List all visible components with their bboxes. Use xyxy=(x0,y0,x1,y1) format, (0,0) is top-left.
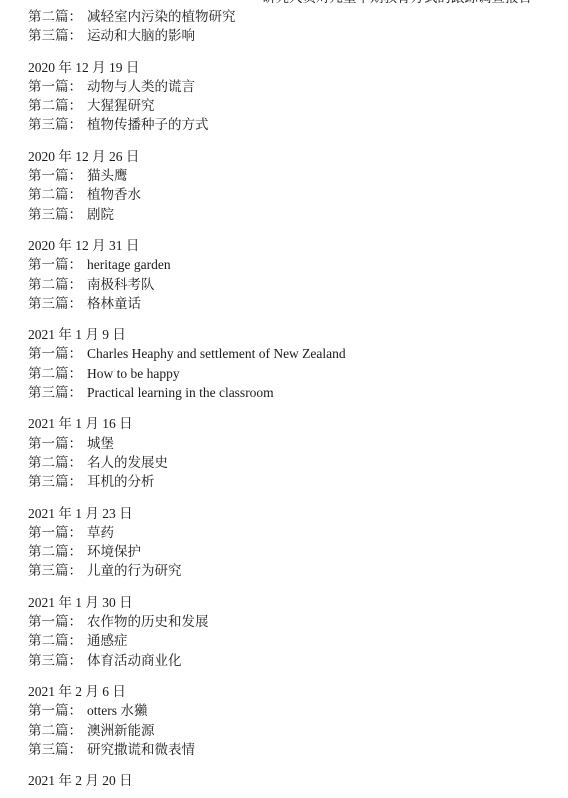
passage-label: 第三篇： xyxy=(28,117,82,132)
passage-title: 剧院 xyxy=(87,207,114,222)
passage-title: 动物与人类的谎言 xyxy=(87,79,195,94)
passage-label: 第三篇： xyxy=(28,742,82,757)
passage-title: 植物香水 xyxy=(87,187,141,202)
passage-label: 第二篇： xyxy=(28,633,82,648)
passage-line: 第二篇：澳洲新能源 xyxy=(28,721,568,740)
passage-title: 农作物的历史和发展 xyxy=(87,614,209,629)
page-canvas: 研究人员对儿童早期教育方式的跟踪调查报告 第二篇：减轻室内污染的植物研究 第三篇… xyxy=(0,0,568,798)
passage-title: 体育活动商业化 xyxy=(87,653,182,668)
passage-label: 第三篇： xyxy=(28,296,82,311)
date-group: 2020 年 12 月 31 日 第一篇：heritage garden 第二篇… xyxy=(28,236,568,313)
date-group: 2021 年 1 月 9 日 第一篇：Charles Heaphy and se… xyxy=(28,325,568,402)
passage-title: 格林童话 xyxy=(87,296,141,311)
passage-line: 第一篇：农作物的历史和发展 xyxy=(28,612,568,631)
passage-line: 第一篇：heritage garden xyxy=(28,255,568,274)
passage-title: 通感症 xyxy=(87,633,128,648)
passage-label: 第一篇： xyxy=(28,257,82,272)
passage-line: 第二篇：植物香水 xyxy=(28,185,568,204)
passage-line: 第二篇：南极科考队 xyxy=(28,275,568,294)
passage-title: Practical learning in the classroom xyxy=(87,385,274,400)
passage-line: 第三篇：Practical learning in the classroom xyxy=(28,383,568,402)
passage-title: 运动和大脑的影响 xyxy=(87,28,195,43)
date-group: 2020 年 12 月 19 日 第一篇：动物与人类的谎言 第二篇：大猩猩研究 … xyxy=(28,58,568,135)
passage-label: 第三篇： xyxy=(28,385,82,400)
passage-line: 第三篇：植物传播种子的方式 xyxy=(28,115,568,134)
passage-line: 第三篇：运动和大脑的影响 xyxy=(28,26,568,45)
passage-label: 第三篇： xyxy=(28,207,82,222)
passage-label: 第三篇： xyxy=(28,563,82,578)
passage-title: 耳机的分析 xyxy=(87,474,155,489)
date-group: 2021 年 1 月 30 日 第一篇：农作物的历史和发展 第二篇：通感症 第三… xyxy=(28,593,568,670)
passage-title: otters 水獺 xyxy=(87,703,147,718)
date-heading: 2020 年 12 月 26 日 xyxy=(28,147,568,166)
passage-line: 第二篇：大猩猩研究 xyxy=(28,96,568,115)
passage-line: 第一篇：草药 xyxy=(28,523,568,542)
passage-label: 第一篇： xyxy=(28,79,82,94)
passage-line: 第三篇：耳机的分析 xyxy=(28,472,568,491)
passage-line: 第二篇：通感症 xyxy=(28,631,568,650)
passage-label: 第二篇： xyxy=(28,544,82,559)
passage-label: 第二篇： xyxy=(28,455,82,470)
passage-title: 名人的发展史 xyxy=(87,455,168,470)
passage-line: 第一篇：动物与人类的谎言 xyxy=(28,77,568,96)
passage-label: 第三篇： xyxy=(28,28,82,43)
passage-label: 第二篇： xyxy=(28,187,82,202)
passage-title: 研究撒谎和微表情 xyxy=(87,742,195,757)
date-group: 2021 年 1 月 23 日 第一篇：草药 第二篇：环境保护 第三篇：儿童的行… xyxy=(28,504,568,581)
passage-title: 草药 xyxy=(87,525,114,540)
passage-label: 第一篇： xyxy=(28,703,82,718)
passage-label: 第二篇： xyxy=(28,366,82,381)
date-heading: 2021 年 1 月 16 日 xyxy=(28,414,568,433)
passage-line: 第三篇：体育活动商业化 xyxy=(28,651,568,670)
passage-title: 植物传播种子的方式 xyxy=(87,117,209,132)
date-group: 2021 年 2 月 20 日 xyxy=(28,771,568,790)
passage-title: 儿童的行为研究 xyxy=(87,563,182,578)
passage-label: 第一篇： xyxy=(28,346,82,361)
passage-title: 减轻室内污染的植物研究 xyxy=(87,9,236,24)
passage-line: 第一篇：otters 水獺 xyxy=(28,701,568,720)
passage-line: 第一篇：城堡 xyxy=(28,434,568,453)
passage-line: 第一篇：Charles Heaphy and settlement of New… xyxy=(28,344,568,363)
date-heading: 2020 年 12 月 19 日 xyxy=(28,58,568,77)
passage-title: 城堡 xyxy=(87,436,114,451)
passage-title: 大猩猩研究 xyxy=(87,98,155,113)
passage-title: 澳洲新能源 xyxy=(87,723,155,738)
passage-label: 第二篇： xyxy=(28,723,82,738)
passage-label: 第二篇： xyxy=(28,9,82,24)
date-group: 2020 年 12 月 26 日 第一篇：猫头鹰 第二篇：植物香水 第三篇：剧院 xyxy=(28,147,568,224)
passage-label: 第三篇： xyxy=(28,474,82,489)
date-group: 2021 年 2 月 6 日 第一篇：otters 水獺 第二篇：澳洲新能源 第… xyxy=(28,682,568,759)
passage-title: 南极科考队 xyxy=(87,277,155,292)
passage-title: heritage garden xyxy=(87,257,171,272)
passage-title: 猫头鹰 xyxy=(87,168,128,183)
passage-label: 第三篇： xyxy=(28,653,82,668)
passage-label: 第一篇： xyxy=(28,525,82,540)
passage-line: 第三篇：儿童的行为研究 xyxy=(28,561,568,580)
passage-title: 环境保护 xyxy=(87,544,141,559)
date-heading: 2020 年 12 月 31 日 xyxy=(28,236,568,255)
passage-title: Charles Heaphy and settlement of New Zea… xyxy=(87,346,346,361)
date-group: 2021 年 1 月 16 日 第一篇：城堡 第二篇：名人的发展史 第三篇：耳机… xyxy=(28,414,568,491)
passage-line: 第三篇：格林童话 xyxy=(28,294,568,313)
passage-label: 第二篇： xyxy=(28,98,82,113)
document-page: { "page": { "background_color": "#ffffff… xyxy=(0,0,568,798)
passage-line: 第三篇：研究撒谎和微表情 xyxy=(28,740,568,759)
date-heading: 2021 年 2 月 20 日 xyxy=(28,771,568,790)
date-heading: 2021 年 2 月 6 日 xyxy=(28,682,568,701)
date-heading: 2021 年 1 月 9 日 xyxy=(28,325,568,344)
date-group: 第二篇：减轻室内污染的植物研究 第三篇：运动和大脑的影响 xyxy=(28,7,568,46)
passage-line: 第二篇：How to be happy xyxy=(28,364,568,383)
passage-label: 第一篇： xyxy=(28,614,82,629)
passage-line: 第二篇：环境保护 xyxy=(28,542,568,561)
passage-line: 第三篇：剧院 xyxy=(28,205,568,224)
passage-line: 第二篇：减轻室内污染的植物研究 xyxy=(28,7,568,26)
passage-line: 第二篇：名人的发展史 xyxy=(28,453,568,472)
date-heading: 2021 年 1 月 30 日 xyxy=(28,593,568,612)
passage-label: 第二篇： xyxy=(28,277,82,292)
date-heading: 2021 年 1 月 23 日 xyxy=(28,504,568,523)
passage-title: How to be happy xyxy=(87,366,180,381)
passage-label: 第一篇： xyxy=(28,436,82,451)
test-date-list: 第二篇：减轻室内污染的植物研究 第三篇：运动和大脑的影响 2020 年 12 月… xyxy=(28,7,568,798)
passage-label: 第一篇： xyxy=(28,168,82,183)
passage-line: 第一篇：猫头鹰 xyxy=(28,166,568,185)
